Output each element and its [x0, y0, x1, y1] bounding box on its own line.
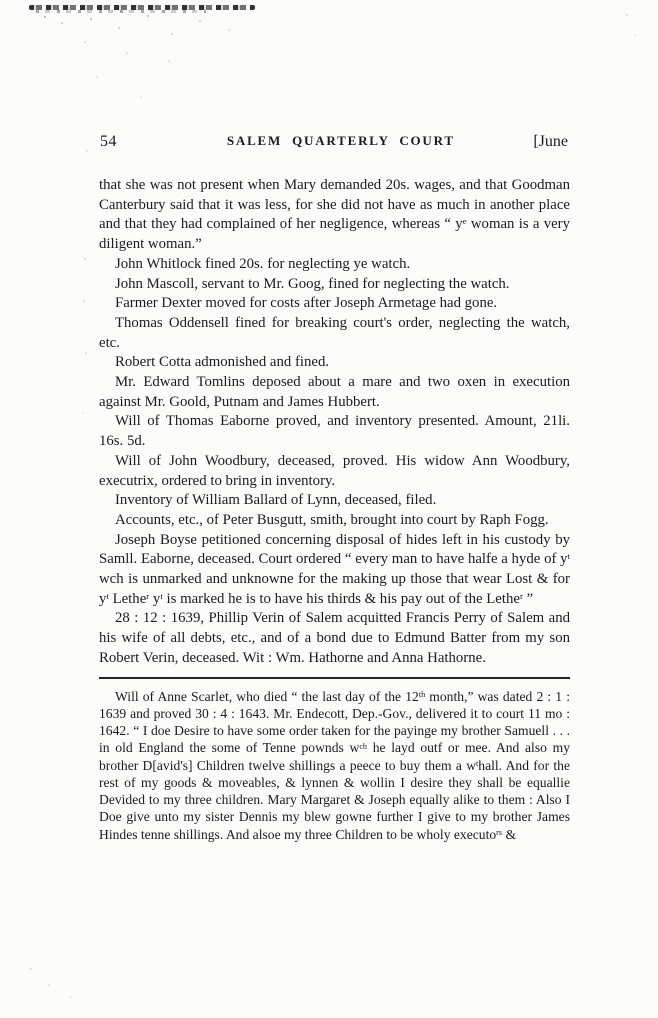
body-text: that she was not present when Mary deman… [99, 176, 570, 669]
paragraph: Inventory of William Ballard of Lynn, de… [99, 491, 570, 511]
paragraph: Accounts, etc., of Peter Busgutt, smith,… [99, 511, 570, 531]
footnote: Will of Anne Scarlet, who died “ the las… [99, 688, 570, 843]
scan-noise-band-secondary [36, 10, 206, 13]
paragraph: Thomas Oddensell fined for breaking cour… [99, 314, 570, 353]
text-column: that she was not present when Mary deman… [99, 176, 570, 843]
running-title: SALEM QUARTERLY COURT [227, 133, 455, 149]
paragraph: Robert Cotta admonished and fined. [99, 353, 570, 373]
paragraph: Farmer Dexter moved for costs after Jose… [99, 294, 570, 314]
page-number: 54 [100, 133, 117, 151]
paragraph: 28 : 12 : 1639, Phillip Verin of Salem a… [99, 609, 570, 668]
paragraph: that she was not present when Mary deman… [99, 176, 570, 255]
month-marker: [June [533, 133, 568, 151]
scan-speckles [0, 0, 2, 2]
paragraph: Will of John Woodbury, deceased, proved.… [99, 452, 570, 491]
paragraph: Mr. Edward Tomlins deposed about a mare … [99, 373, 570, 412]
paragraph: Joseph Boyse petitioned concerning dispo… [99, 531, 570, 610]
paragraph: Will of Thomas Eaborne proved, and inven… [99, 412, 570, 451]
page-header: 54 SALEM QUARTERLY COURT [June [100, 133, 568, 151]
paragraph: John Whitlock fined 20s. for neglecting … [99, 255, 570, 275]
footnote-divider [99, 677, 570, 679]
paragraph: John Mascoll, servant to Mr. Goog, fined… [99, 275, 570, 295]
scanned-page: 54 SALEM QUARTERLY COURT [June that she … [0, 0, 658, 1018]
